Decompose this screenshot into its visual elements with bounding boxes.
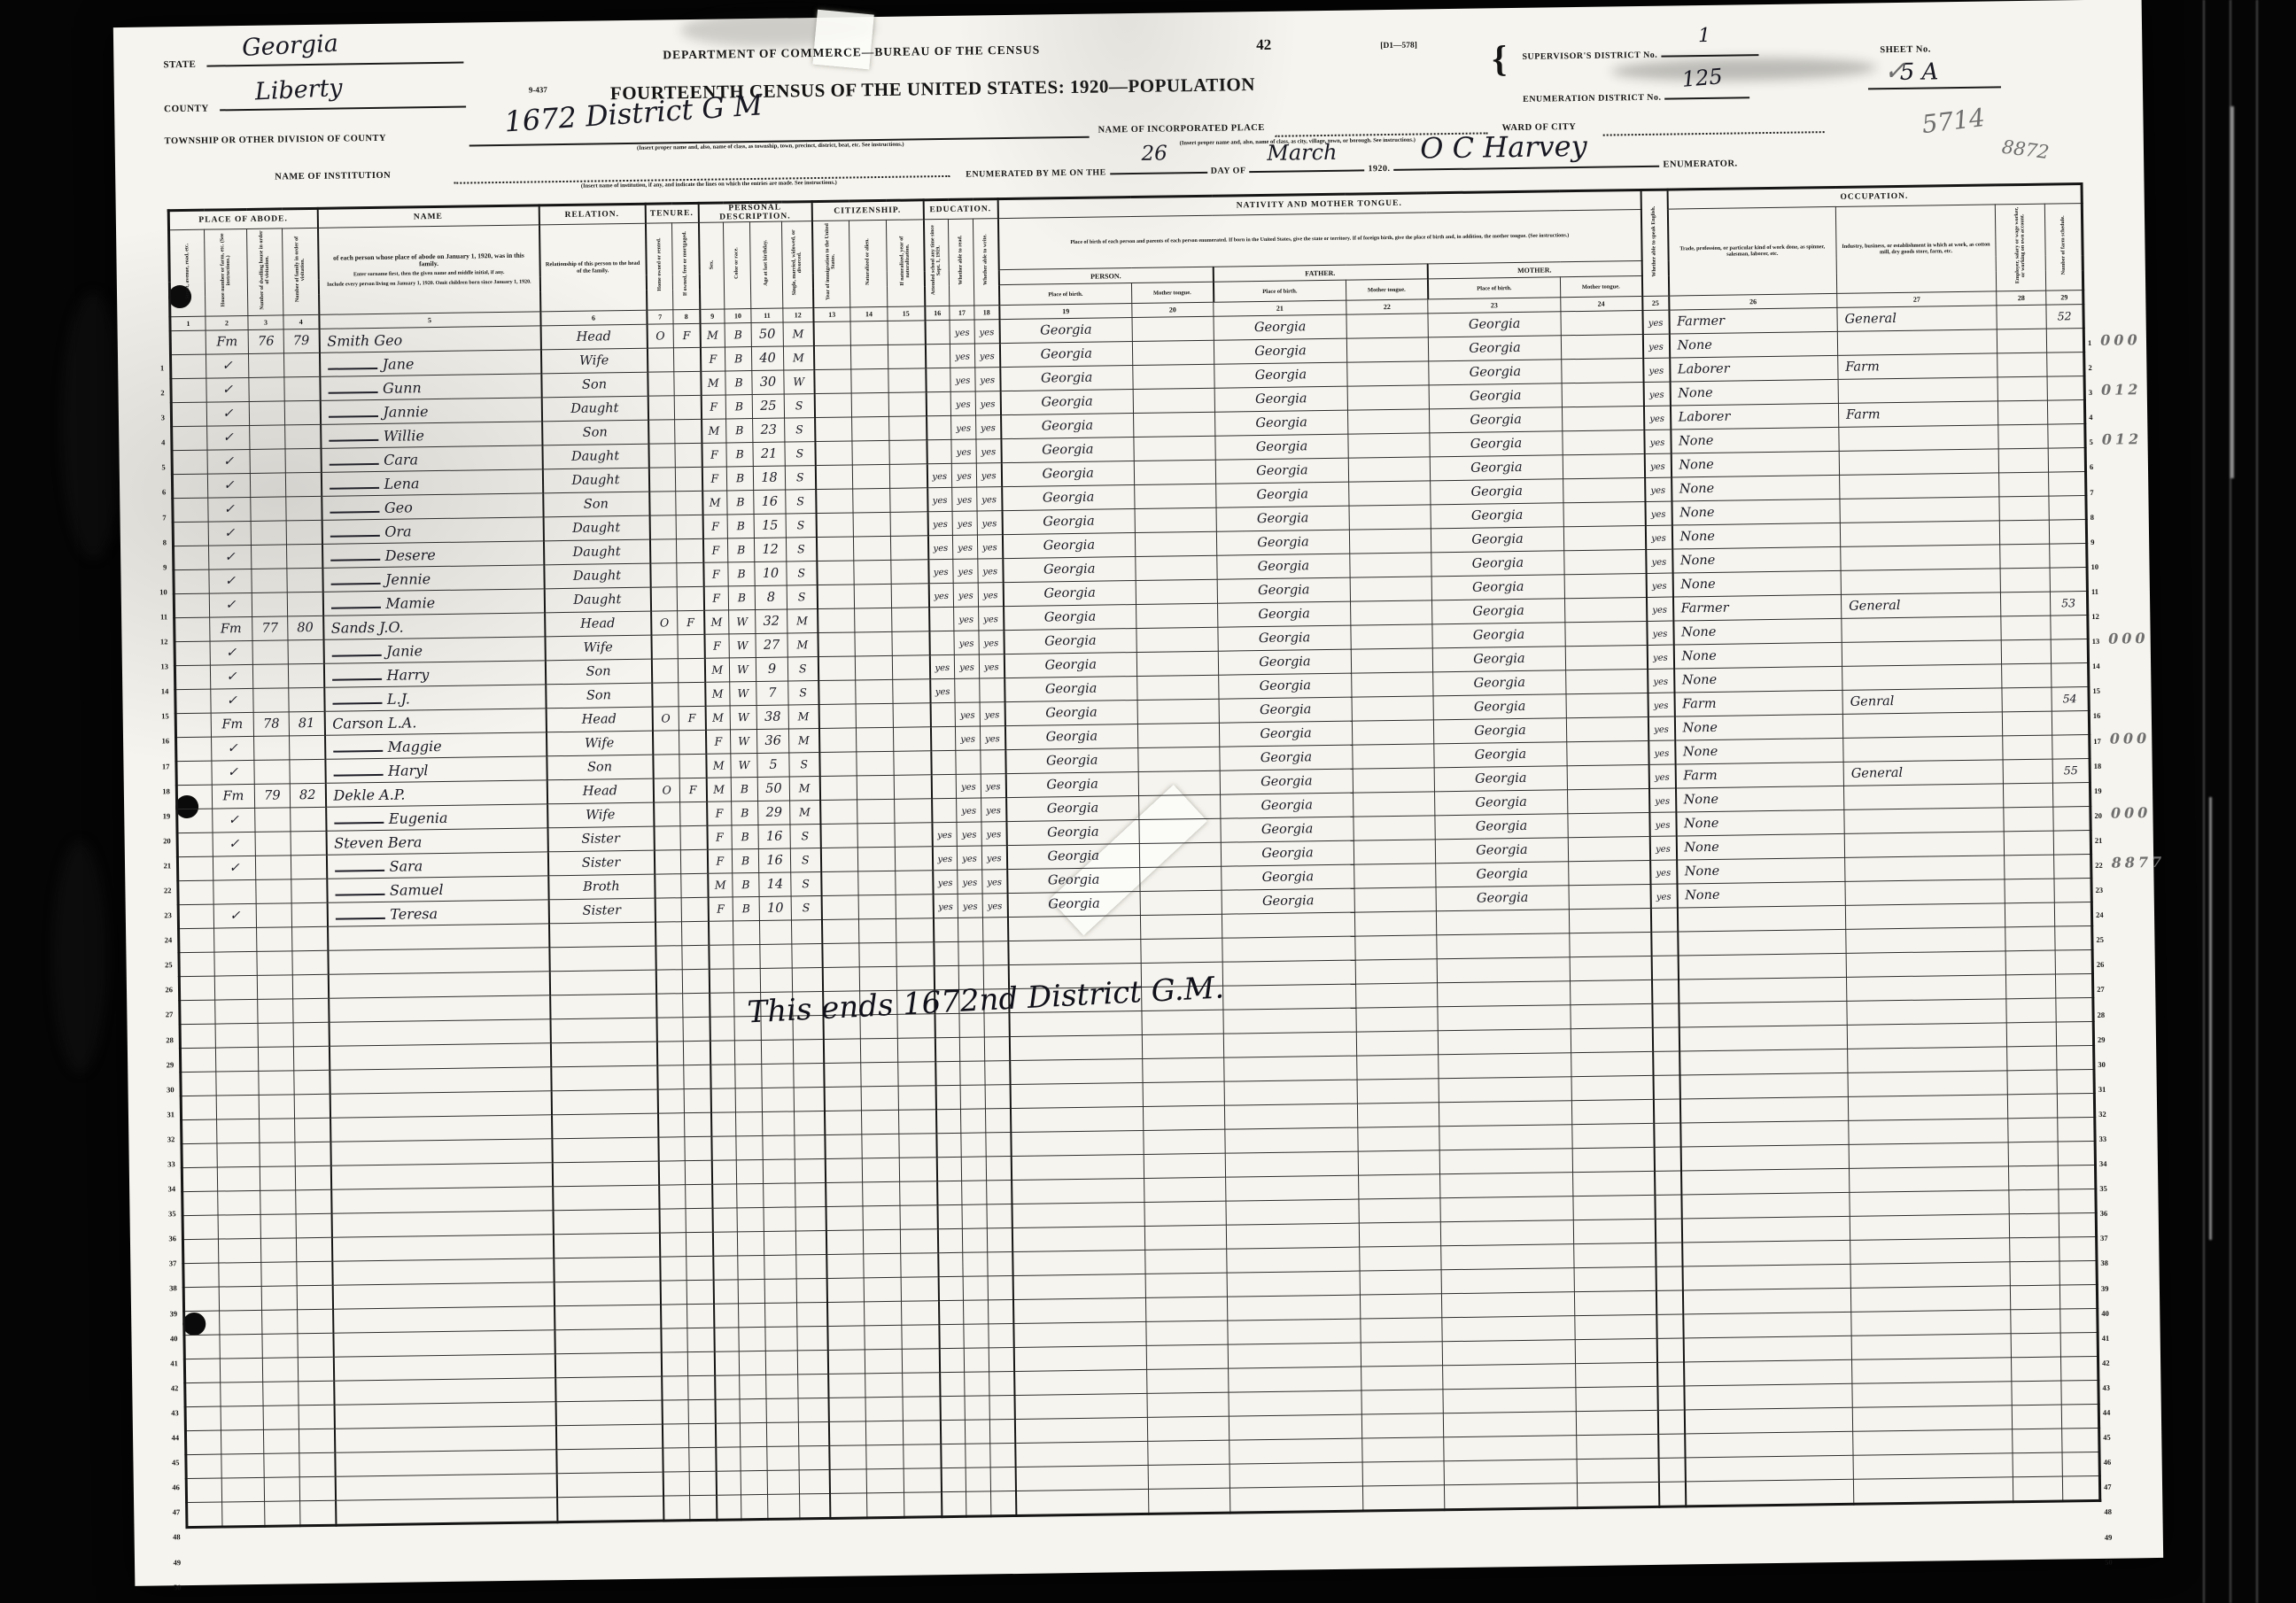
cell-mother-tongue [1143, 1105, 1224, 1130]
cell-write: yes [981, 798, 1006, 822]
cell-house [217, 1119, 260, 1143]
cell-relation: Wife [547, 802, 654, 828]
cell-nat-year [888, 345, 925, 369]
cell-owned [663, 1448, 689, 1472]
cell-father-birthplace [1222, 960, 1355, 986]
cell-immigration [819, 752, 857, 777]
cell-trade: Farmer [1672, 594, 1841, 621]
cell-sex: M [702, 491, 727, 515]
line-number: 9 [140, 554, 167, 580]
line-number: 32 [148, 1127, 175, 1152]
cell-age: 8 [755, 585, 787, 610]
cell-house: ✓ [212, 760, 254, 785]
enumerator-label: ENUMERATOR. [1663, 159, 1737, 169]
cell-immigration [817, 561, 854, 585]
cell-sex: F [702, 467, 726, 491]
name-desc: of each person whose place of abode on J… [318, 225, 540, 314]
cell-race: B [725, 323, 751, 347]
cell-naturalized [855, 655, 892, 680]
cell-age: 10 [759, 896, 791, 921]
cell-age: 21 [753, 442, 785, 467]
cell-name: Jannie [320, 398, 541, 424]
cell-write [987, 1181, 1012, 1204]
cell-dwelling [259, 1071, 294, 1096]
cell-mother-birthplace [1439, 1125, 1572, 1150]
cell-street [187, 1502, 222, 1528]
cell-birthplace [1011, 1154, 1144, 1180]
cell-relation [550, 1042, 656, 1067]
cell-mother-birthplace: Georgia [1431, 551, 1564, 577]
line-number: 11 [141, 604, 167, 630]
cell-father-tongue [1361, 1390, 1443, 1414]
cell-immigration [828, 1374, 865, 1398]
col11-desc: Age at last birthday. [749, 221, 782, 308]
cell-mortgage [675, 443, 702, 467]
cell-employer [2001, 616, 2051, 640]
cell-mortgage [685, 1136, 711, 1160]
enumerated-mid: DAY OF [1211, 166, 1246, 176]
cell-immigration [827, 1302, 865, 1327]
line-number: 25 [145, 952, 172, 978]
cell-street [178, 904, 213, 929]
cell-farm-schedule [2057, 1069, 2094, 1094]
cell-name [330, 1139, 552, 1165]
cell-birthplace: Georgia [1004, 605, 1136, 631]
cell-mortgage [679, 730, 705, 754]
cell-read: yes [953, 583, 978, 607]
cell-birthplace: Georgia [1004, 629, 1136, 654]
cell-read [963, 1300, 988, 1324]
cell-mother-birthplace [1441, 1292, 1574, 1318]
cell-race [740, 1375, 766, 1398]
line-number: 21 [144, 853, 171, 879]
cell-father-birthplace [1229, 1486, 1362, 1513]
cell-father-tongue [1346, 314, 1428, 338]
cell-birthplace: Georgia [1006, 843, 1139, 869]
cell-sex [711, 1136, 736, 1160]
cell-industry [1850, 1190, 2009, 1217]
cell-birthplace [1011, 1130, 1144, 1156]
line-number: 47 [2104, 1472, 2174, 1498]
cell-english [1656, 1266, 1682, 1290]
cell-mother-birthplace: Georgia [1431, 575, 1564, 600]
cell-mother-birthplace: Georgia [1433, 718, 1566, 744]
cell-english: yes [1643, 406, 1670, 430]
line-number: 10 [141, 579, 167, 605]
cell-school [931, 750, 956, 774]
cell-family [288, 639, 323, 664]
cell-immigration [824, 1063, 861, 1088]
cell-street [170, 330, 206, 355]
cell-immigration [818, 728, 856, 753]
cell-birthplace: Georgia [1002, 533, 1135, 559]
cell-industry [1839, 425, 1998, 452]
cell-naturalized [852, 440, 889, 465]
cell-employer [2000, 568, 2050, 592]
cell-farm-schedule [2052, 782, 2090, 807]
cell-mother-tongue [1139, 794, 1221, 819]
cell-birthplace [1008, 939, 1141, 964]
cell-father-birthplace: Georgia [1222, 888, 1354, 914]
line-number: 14 [2092, 651, 2162, 677]
cell-sex [714, 1351, 739, 1375]
cell-street [185, 1382, 221, 1407]
cell-mother-birthplace: Georgia [1432, 623, 1565, 648]
cell-school: yes [932, 846, 957, 870]
plate-code: [D1—578] [1380, 42, 1417, 51]
cell-house: ✓ [212, 736, 254, 761]
cell-street [185, 1430, 221, 1455]
cell-read [962, 1181, 987, 1204]
line-number: 25 [2096, 925, 2166, 950]
cell-dwelling [256, 903, 291, 928]
col8-desc: If owned, free or mortgaged. [671, 222, 699, 309]
cell-name [332, 1282, 554, 1309]
col10-desc: Color or race. [723, 222, 750, 309]
cell-read: yes [954, 631, 979, 654]
cell-name [330, 1163, 552, 1189]
cell-immigration [822, 943, 859, 968]
cell-father-tongue [1348, 433, 1430, 458]
cell-birthplace [1012, 1178, 1144, 1204]
cell-nat-year [888, 368, 926, 393]
cell-mortgage [674, 371, 701, 395]
cell-read: yes [955, 702, 980, 726]
cell-nat-year [891, 560, 928, 585]
line-number: 33 [149, 1151, 175, 1177]
cell-naturalized [863, 1205, 900, 1230]
cell-sex: M [704, 610, 729, 634]
cell-street [184, 1311, 220, 1336]
cell-race: W [730, 682, 756, 706]
cell-farm-schedule [2052, 663, 2089, 688]
cell-naturalized [862, 1158, 899, 1182]
cell-owned [648, 396, 674, 420]
dept-line: DEPARTMENT OF COMMERCE—BUREAU OF THE CEN… [663, 43, 1040, 62]
cell-naturalized [856, 727, 893, 752]
cell-house [222, 1501, 265, 1527]
cell-age [768, 1494, 800, 1519]
cell-owned [656, 994, 683, 1018]
cell-father-birthplace: Georgia [1216, 482, 1349, 507]
cell-industry [1841, 545, 2000, 571]
cell-age [762, 1111, 794, 1136]
cell-owned [663, 1472, 689, 1496]
cell-industry [1838, 377, 1997, 404]
cell-write: yes [981, 774, 1005, 798]
cell-mother-birthplace [1438, 1005, 1571, 1031]
cell-name [330, 1067, 551, 1094]
cell-mother-tongue [1140, 914, 1222, 939]
cell-mother-tongue [1138, 747, 1220, 771]
col2-desc: House number or farm, etc. (See instruct… [205, 228, 248, 316]
col-number: 18 [974, 306, 999, 320]
cell-english [1656, 1338, 1683, 1362]
cell-birthplace: Georgia [1003, 557, 1136, 583]
cell-trade [1684, 1359, 1852, 1386]
cell-dwelling [255, 808, 291, 832]
line-number: 38 [2100, 1248, 2170, 1274]
cell-age [764, 1255, 796, 1280]
cell-read: yes [957, 822, 981, 846]
cell-employer [2001, 639, 2051, 664]
cell-family [285, 448, 321, 473]
cell-sex [708, 921, 733, 945]
cell-mother-tongue2 [1573, 1195, 1655, 1220]
cell-read: yes [954, 654, 979, 678]
cell-naturalized [860, 1038, 897, 1063]
cell-house: ✓ [206, 353, 248, 378]
cell-age [767, 1470, 799, 1495]
cell-read [966, 1491, 991, 1516]
cell-trade [1685, 1479, 1853, 1506]
cell-trade [1680, 1120, 1849, 1147]
cell-father-tongue [1351, 624, 1432, 649]
cell-farm-schedule [2054, 854, 2091, 879]
cell-mother-tongue [1137, 723, 1219, 747]
cell-immigration [829, 1445, 866, 1470]
line-number: 39 [151, 1301, 177, 1327]
cell-nat-year [892, 608, 929, 632]
cell-name [334, 1402, 555, 1429]
cell-dwelling [262, 1358, 298, 1382]
cell-mortgage [681, 897, 708, 921]
cell-employer [2012, 1381, 2061, 1406]
cell-sex: M [706, 778, 731, 801]
cell-father-tongue [1361, 1318, 1442, 1343]
cell-mother-tongue2 [1566, 693, 1648, 717]
cell-mother-birthplace [1436, 910, 1569, 935]
margin-note: 000 [2110, 730, 2151, 747]
col1-desc: Street, avenue, road, etc. [169, 229, 206, 317]
cell-relation: Son [545, 659, 651, 685]
cell-naturalized [855, 631, 892, 656]
cell-father-tongue [1355, 959, 1437, 984]
line-number: 2 [2088, 352, 2158, 378]
cell-read: yes [950, 391, 975, 415]
sheet-label: SHEET No. [1880, 44, 1931, 55]
cell-employer [2009, 1189, 2059, 1214]
cell-english [1658, 1434, 1685, 1458]
cell-english: yes [1645, 525, 1672, 549]
cell-race [738, 1279, 764, 1303]
cell-dwelling [254, 760, 290, 785]
cell-employer [2005, 902, 2054, 927]
cell-birthplace: Georgia [1000, 366, 1133, 391]
cell-relation: Head [547, 778, 653, 804]
enumerated-prefix: ENUMERATED BY ME ON THE [966, 167, 1106, 179]
cell-family [295, 1142, 330, 1166]
cell-father-tongue [1350, 553, 1431, 577]
line-number: 47 [153, 1499, 180, 1525]
cell-marital [795, 1182, 826, 1206]
cell-owned [648, 444, 675, 468]
cell-nat-year [899, 1134, 936, 1158]
cell-house [215, 1047, 258, 1072]
cell-mother-tongue2 [1562, 406, 1643, 430]
cell-school [941, 1444, 966, 1467]
cell-name [333, 1354, 555, 1381]
cell-street [173, 498, 208, 523]
cell-family [293, 998, 329, 1023]
enumerated-day: 26 [1141, 142, 1167, 165]
cell-name: Harry [323, 661, 545, 687]
cell-family [293, 1022, 329, 1047]
cell-industry [1851, 1334, 2011, 1360]
cell-birthplace: Georgia [1004, 677, 1137, 702]
cell-immigration [818, 632, 855, 657]
col-number: 8 [673, 309, 700, 323]
cell-street [178, 880, 213, 905]
cell-nat-year [903, 1373, 940, 1398]
group-label: PERSONAL DESCRIPTION. [698, 202, 811, 223]
cell-farm-schedule [2057, 1045, 2094, 1070]
cell-relation: Daught [543, 515, 649, 541]
cell-nat-year [898, 1086, 935, 1111]
cell-relation: Daught [541, 396, 648, 422]
cell-mortgage [685, 1160, 711, 1184]
line-number: 43 [2102, 1373, 2172, 1398]
cell-family [296, 1213, 331, 1238]
cell-owned [658, 1161, 685, 1185]
cell-dwelling [249, 401, 284, 426]
cell-marital [797, 1302, 827, 1326]
cell-dwelling [264, 1477, 299, 1502]
cell-marital: S [785, 418, 815, 442]
line-number: 30 [147, 1077, 174, 1103]
cell-race: W [729, 634, 756, 658]
cell-street [173, 522, 208, 546]
cell-owned [659, 1233, 686, 1257]
cell-house [216, 1071, 259, 1096]
cell-mother-birthplace [1440, 1220, 1573, 1246]
cell-mother-tongue2 [1574, 1243, 1656, 1267]
cell-age [760, 968, 792, 993]
line-number: 36 [2100, 1198, 2170, 1224]
cell-english [1657, 1410, 1684, 1434]
cell-street [175, 641, 210, 666]
cell-mother-tongue2 [1576, 1410, 1657, 1435]
cell-family [299, 1381, 334, 1406]
col-number: 25 [1642, 296, 1669, 310]
cell-industry [1845, 879, 2005, 906]
cell-mother-tongue [1146, 1320, 1228, 1345]
cell-write [986, 1133, 1011, 1157]
cell-family [296, 1237, 331, 1262]
cell-nat-year [895, 799, 932, 824]
cell-write [990, 1491, 1015, 1516]
cell-sex [709, 945, 733, 969]
cell-naturalized [866, 1444, 904, 1469]
cell-street [179, 928, 214, 953]
cell-sex: F [703, 586, 728, 610]
cell-mother-tongue2 [1564, 549, 1646, 574]
line-number: 29 [2098, 1024, 2168, 1049]
cell-employer [2005, 879, 2054, 903]
cell-naturalized [858, 894, 896, 919]
cell-mother-tongue2 [1564, 597, 1646, 622]
cell-trade: None [1672, 475, 1840, 501]
cell-owned [647, 348, 673, 372]
supervisor-field: SUPERVISOR'S DISTRICT No. 1 [1522, 43, 1758, 64]
cell-dwelling [259, 1095, 294, 1119]
cell-sex: M [701, 371, 725, 395]
cell-english [1652, 1027, 1679, 1051]
cell-owned [648, 420, 675, 444]
cell-farm-schedule [2059, 1284, 2097, 1309]
cell-birthplace: Georgia [1006, 795, 1139, 821]
cell-write [989, 1420, 1014, 1444]
cell-family [297, 1285, 332, 1310]
cell-house: ✓ [209, 545, 252, 569]
cell-family [287, 568, 322, 592]
cell-farm-schedule: 53 [2050, 592, 2087, 616]
cell-industry [1850, 1262, 2010, 1289]
cell-house [214, 975, 257, 1000]
cell-owned [652, 731, 679, 755]
cell-age: 12 [754, 538, 786, 562]
cell-house [221, 1406, 263, 1430]
cell-industry [1840, 521, 1999, 547]
nativity-sub: Place of birth. [1213, 280, 1346, 302]
cell-naturalized [858, 918, 896, 943]
cell-mother-birthplace: Georgia [1431, 479, 1563, 505]
cell-race: B [727, 491, 754, 515]
cell-relation [549, 946, 655, 972]
cell-immigration [824, 1087, 861, 1111]
col25-desc: Whether able to speak English. [1641, 190, 1669, 296]
cell-house [214, 951, 257, 976]
cell-mother-tongue2 [1563, 430, 1644, 454]
cell-name [333, 1306, 555, 1333]
cell-write: yes [977, 535, 1002, 559]
col-number: 16 [925, 306, 950, 320]
cell-marital [795, 1134, 825, 1158]
cell-father-birthplace: Georgia [1219, 721, 1352, 747]
cell-family [298, 1333, 333, 1358]
cell-house [221, 1453, 264, 1478]
cell-father-birthplace: Georgia [1218, 625, 1351, 651]
cell-nat-year [890, 536, 927, 561]
cell-school [935, 1085, 960, 1109]
cell-industry [1850, 1214, 2009, 1241]
cell-relation [553, 1209, 659, 1235]
line-number: 228877 [2095, 850, 2165, 876]
cell-mother-birthplace: Georgia [1430, 455, 1563, 481]
film-scratch [2230, 106, 2234, 478]
cell-industry: Genral [1842, 688, 2002, 715]
cell-mother-tongue2 [1567, 764, 1648, 789]
cell-naturalized [851, 392, 888, 417]
cell-mother-tongue [1143, 1057, 1224, 1082]
cell-owned [656, 1042, 683, 1065]
cell-mortgage [683, 1041, 710, 1065]
cell-birthplace: Georgia [1006, 819, 1139, 845]
cell-mother-tongue [1148, 1488, 1229, 1514]
cell-sex: F [704, 634, 729, 658]
cell-mortgage [688, 1399, 715, 1423]
cell-nat-year [903, 1421, 940, 1445]
scan-smudge [62, 292, 124, 558]
cell-mother-tongue2 [1573, 1219, 1655, 1243]
cell-street [174, 546, 209, 570]
cell-race [733, 920, 759, 944]
cell-house: ✓ [213, 832, 255, 856]
cell-father-birthplace [1227, 1271, 1360, 1297]
cell-write [989, 1396, 1014, 1420]
cell-write [988, 1276, 1012, 1300]
cell-marital: S [790, 825, 820, 848]
